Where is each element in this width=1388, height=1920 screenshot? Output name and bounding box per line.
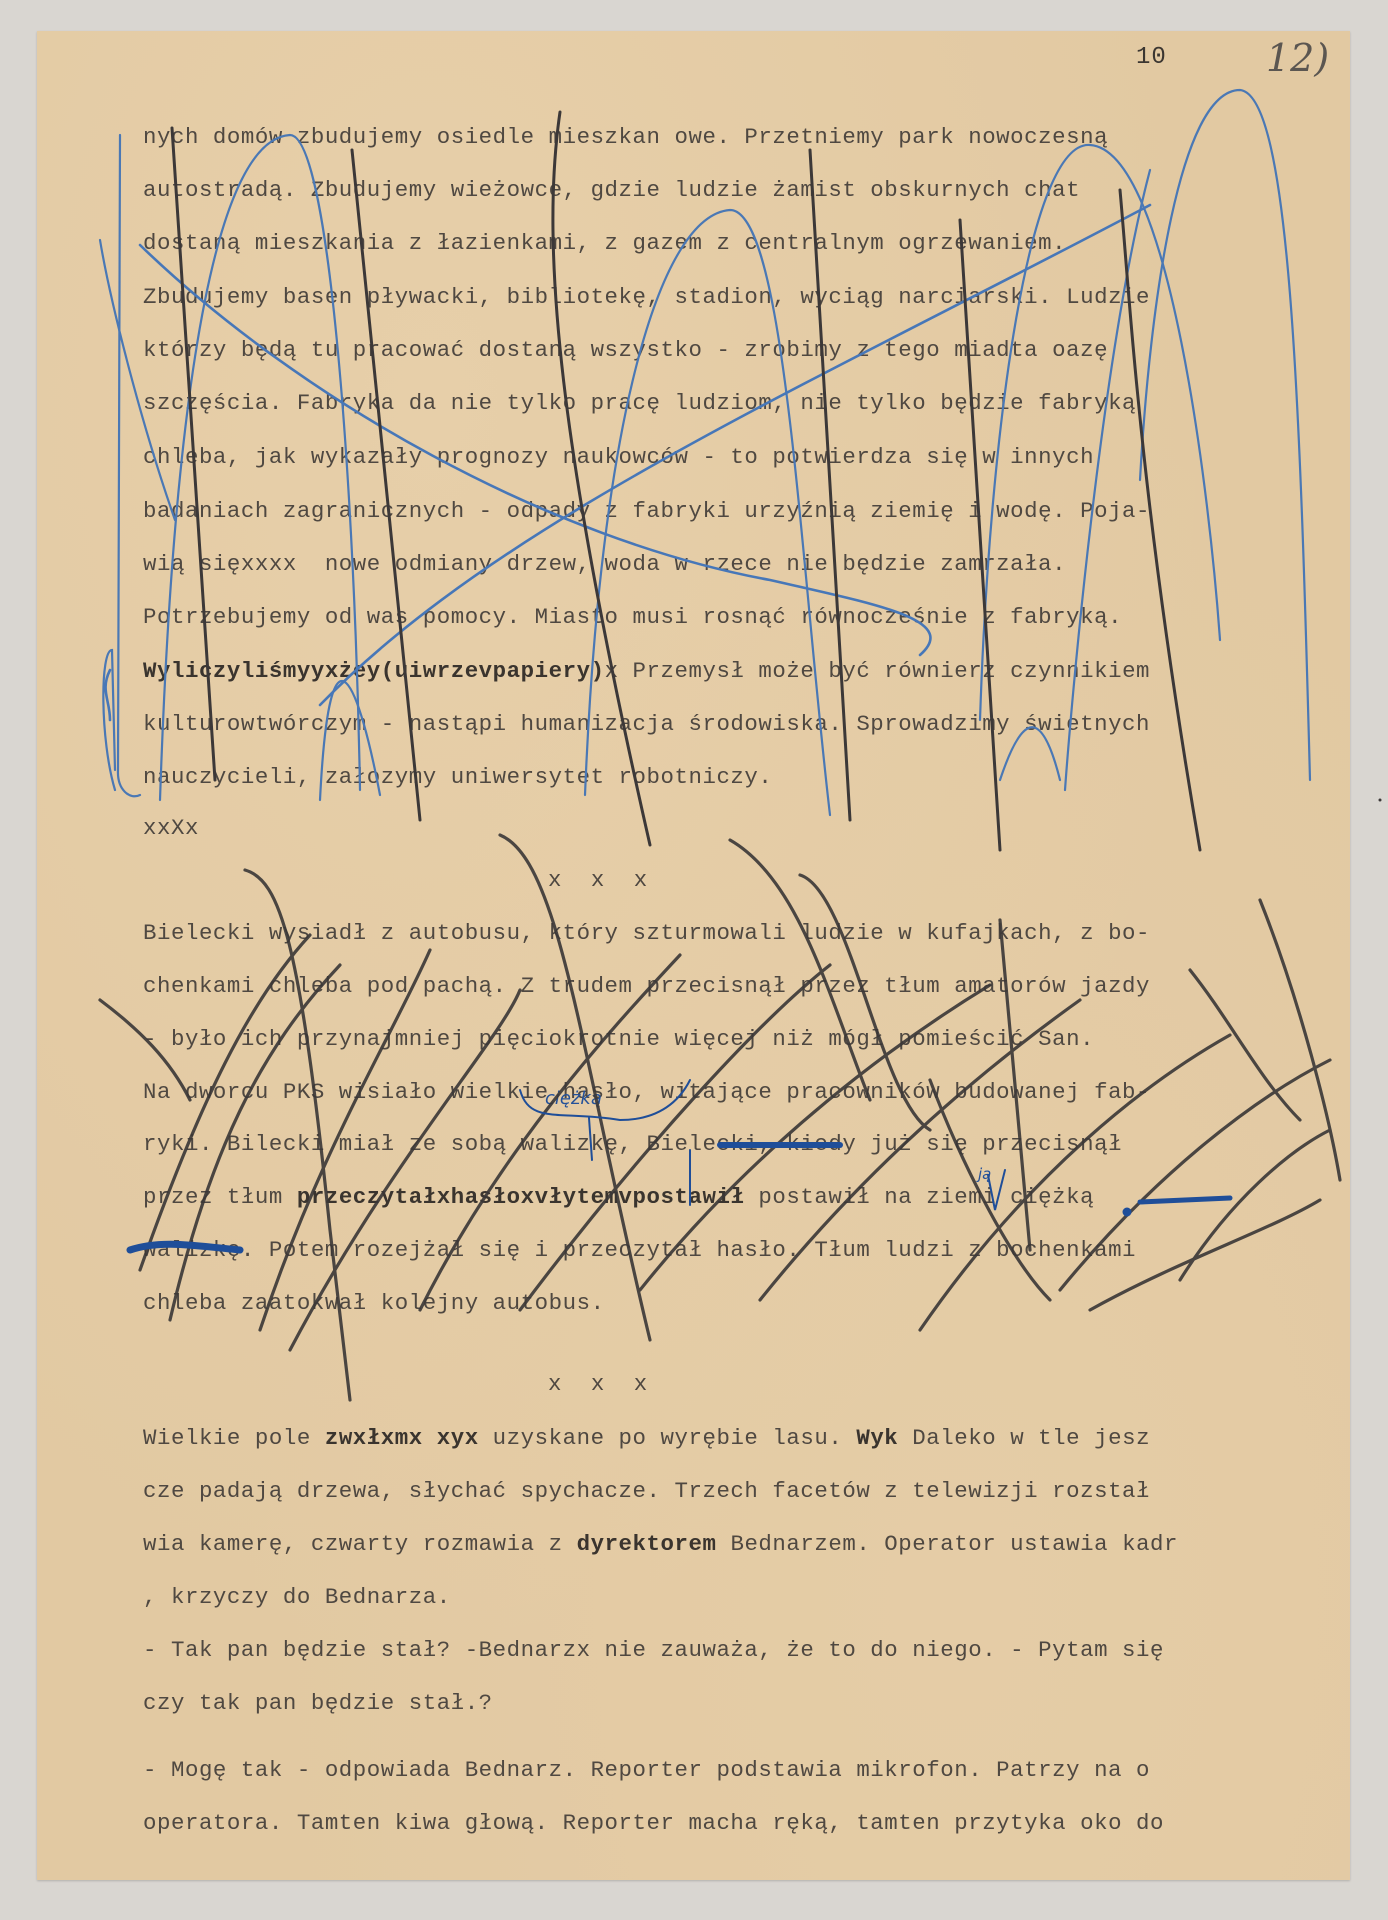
struck-text: dyrektorem: [577, 1531, 717, 1557]
handwritten-page-number: 12): [1266, 36, 1329, 80]
text-line: chleba, jak wykazały prognozy naukowców …: [143, 444, 1094, 470]
text-line: - było ich przynajmniej pięciokrotnie wi…: [143, 1026, 1094, 1052]
text-line: chleba zaatokwał kolejny autobus.: [143, 1290, 605, 1316]
text-line: - Mogę tak - odpowiada Bednarz. Reporter…: [143, 1757, 1150, 1783]
text-line: operatora. Tamten kiwa głową. Reporter m…: [143, 1810, 1164, 1836]
text-line: Zbudujemy basen pływacki, bibliotekę, st…: [143, 284, 1150, 310]
text-line: Wielkie pole zwxłxmx xyx uzyskane po wyr…: [143, 1425, 1150, 1451]
handwritten-insertion: ciężką: [545, 1088, 602, 1109]
text-line: Na dworcu PKS wisiało wielkie hasło, wit…: [143, 1079, 1150, 1105]
struck-text: zwxłxmx xyx: [325, 1425, 479, 1451]
section-separator: x x x: [548, 1371, 655, 1397]
typed-page-number: 10: [1136, 44, 1167, 71]
text-line: którzy będą tu pracować dostaną wszystko…: [143, 337, 1108, 363]
text-line: nauczycieli, załozymy uniwersytet robotn…: [143, 764, 772, 790]
section-separator: x x x: [548, 867, 655, 893]
struck-text: Wyliczyliśmyyxżey(uiwrzevpapiery): [143, 658, 605, 684]
text-line: walizkę. Potem rozejżał się i przeczytał…: [143, 1237, 1136, 1263]
handwritten-insertion: ją: [978, 1165, 991, 1183]
text-line: Wyliczyliśmyyxżey(uiwrzevpapiery)x Przem…: [143, 658, 1150, 684]
text-line: czy tak pan będzie stał.?: [143, 1690, 493, 1716]
text-line: dostaną mieszkania z łazienkami, z gazem…: [143, 230, 1066, 256]
text-line: badaniach zagranicznych - odpady z fabry…: [143, 498, 1150, 524]
text-line: , krzyczy do Bednarza.: [143, 1584, 451, 1610]
text-line: wią sięxxxx nowe odmiany drzew, woda w r…: [143, 551, 1066, 577]
text-line: cze padają drzewa, słychać spychacze. Tr…: [143, 1478, 1150, 1504]
struck-text: Wyk: [856, 1425, 898, 1451]
text-line: ryki. Bilecki miał ze sobą walizkę, Biel…: [143, 1131, 1122, 1157]
text-line: chenkami chleba pod pachą. Z trudem prze…: [143, 973, 1150, 999]
separator-typo: xxXx: [143, 815, 199, 841]
text-line: wia kamerę, czwarty rozmawia z dyrektore…: [143, 1531, 1178, 1557]
text-line: przez tłum przeczytałxhasłoxvłytemvposta…: [143, 1184, 1094, 1210]
text-line: - Tak pan będzie stał? -Bednarzx nie zau…: [143, 1637, 1164, 1663]
text-line: szczęścia. Fabryka da nie tylko pracę lu…: [143, 390, 1136, 416]
text-line: kulturowtwórczym - nastąpi humanizacja ś…: [143, 711, 1150, 737]
text-line: Bielecki wysiadł z autobusu, który sztur…: [143, 920, 1150, 946]
text-line: Potrzebujemy od was pomocy. Miasto musi …: [143, 604, 1122, 630]
struck-text: przeczytałxhasłoxvłytemvpostawił: [297, 1184, 745, 1210]
text-line: autostradą. Zbudujemy wieżowce, gdzie lu…: [143, 177, 1080, 203]
text-line: nych domów zbudujemy osiedle mieszkan ow…: [143, 124, 1108, 150]
